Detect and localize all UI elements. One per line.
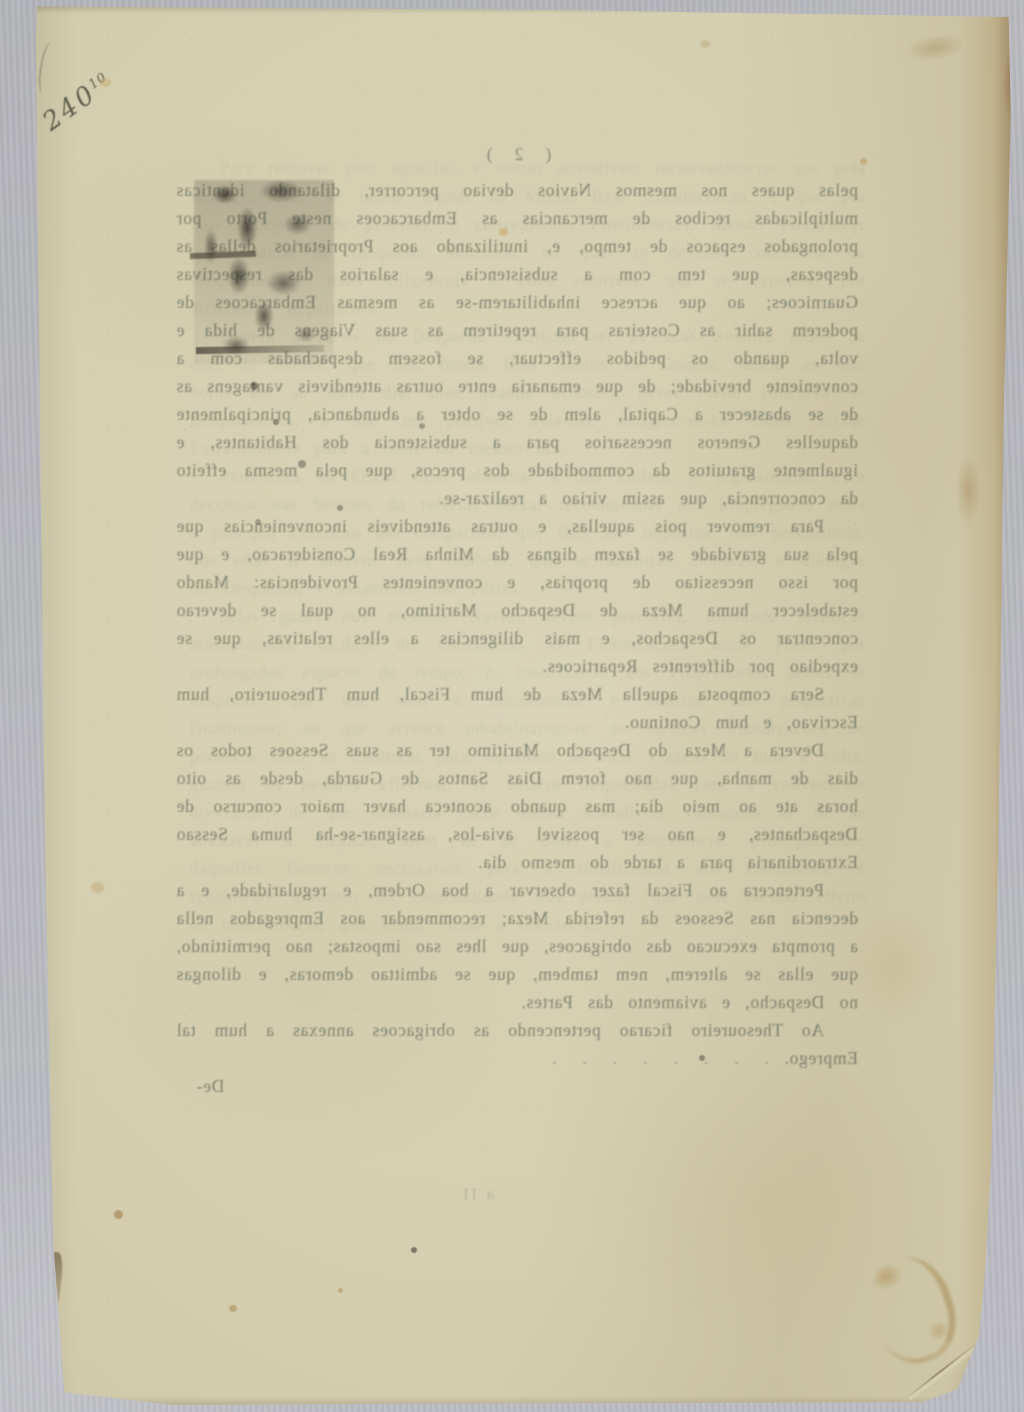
foxing-spot	[100, 78, 111, 87]
foxing-spot	[338, 1288, 343, 1293]
catchword: De-	[176, 1072, 858, 1100]
foxing-spot	[114, 1210, 123, 1219]
foxing-spot	[91, 882, 104, 893]
foxing-spot	[860, 158, 867, 165]
dot-leaders: . . . . . . . .	[546, 1048, 769, 1068]
water-stain	[846, 906, 942, 1026]
document-page: Para remover pois aquellas, e outras att…	[0, 0, 1024, 1412]
ink-blot-stamp	[194, 180, 334, 364]
foxing-spot	[229, 1305, 237, 1312]
showthrough-paragraph-6: Ao Thesoureiro ficarao pertencendo as ob…	[176, 1016, 858, 1072]
showthrough-paragraph-2: Para remover pois aquellas, e outras att…	[176, 512, 858, 680]
showthrough-paragraph-5: Pertencera ao Fiscal fazer observar a bo…	[176, 876, 858, 1016]
foxing-spot	[700, 40, 710, 48]
showthrough-paragraph-4: Devera a Meza do Despacho Maritimo ter a…	[176, 736, 858, 876]
page-number: ( 2 )	[176, 140, 858, 168]
signature-mark: a II	[432, 1186, 522, 1204]
scanned-document-scene: Para remover pois aquellas, e outras att…	[0, 0, 1024, 1412]
foxing-spot	[499, 228, 508, 236]
showthrough-paragraph-3: Sera composta aquella Meza de hum Fiscal…	[176, 680, 858, 736]
